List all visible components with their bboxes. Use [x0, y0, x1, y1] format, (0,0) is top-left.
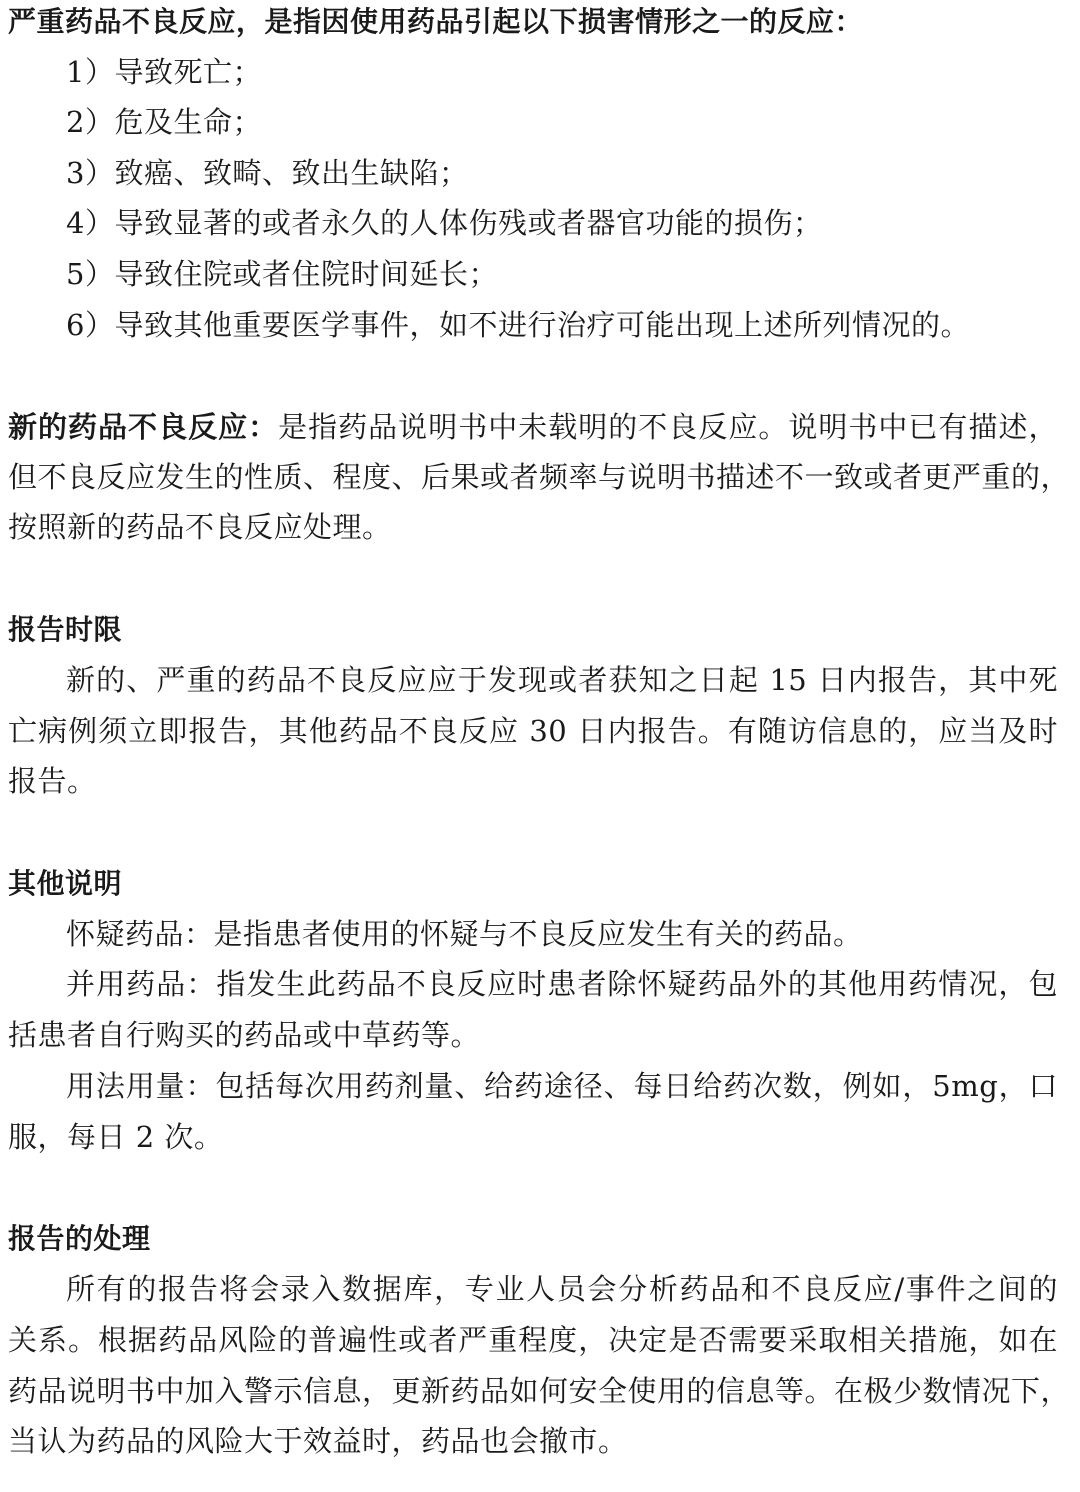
serious-adr-item: 1）导致死亡； — [66, 52, 262, 92]
new-adr-paragraph-line: 新的药品不良反应：是指药品说明书中未载明的不良反应。说明书中已有描述， — [8, 407, 1058, 447]
new-adr-term: 新的药品不良反应： — [8, 410, 278, 444]
other-notes-line: 括患者自行购买的药品或中草药等。 — [8, 1015, 480, 1055]
other-notes-heading: 其他说明 — [8, 864, 122, 904]
report-processing-line: 所有的报告将会录入数据库，专业人员会分析药品和不良反应/事件之间的 — [66, 1269, 1058, 1309]
other-notes-line: 用法用量：包括每次用药剂量、给药途径、每日给药次数，例如，5mg，口 — [66, 1066, 1058, 1106]
serious-adr-item: 2）危及生命； — [66, 102, 262, 142]
other-notes-line: 并用药品：指发生此药品不良反应时患者除怀疑药品外的其他用药情况，包 — [66, 964, 1058, 1004]
other-notes-line: 服，每日 2 次。 — [8, 1117, 223, 1157]
other-notes-line: 怀疑药品：是指患者使用的怀疑与不良反应发生有关的药品。 — [66, 914, 863, 954]
serious-adr-item: 6）导致其他重要医学事件，如不进行治疗可能出现上述所列情况的。 — [66, 305, 970, 345]
reporting-deadline-heading: 报告时限 — [8, 610, 122, 650]
report-processing-heading: 报告的处理 — [8, 1219, 151, 1259]
new-adr-paragraph-line: 但不良反应发生的性质、程度、后果或者频率与说明书描述不一致或者更严重的， — [8, 457, 1058, 497]
serious-adr-item: 4）导致显著的或者永久的人体伤残或者器官功能的损伤； — [66, 203, 822, 243]
reporting-deadline-line: 亡病例须立即报告，其他药品不良反应 30 日内报告。有随访信息的，应当及时 — [8, 711, 1058, 751]
report-processing-line: 药品说明书中加入警示信息，更新药品如何安全使用的信息等。在极少数情况下， — [8, 1371, 1058, 1411]
serious-adr-item: 5）导致住院或者住院时间延长； — [66, 254, 498, 294]
reporting-deadline-line: 报告。 — [8, 761, 97, 801]
new-adr-paragraph-line: 按照新的药品不良反应处理。 — [8, 507, 392, 547]
report-processing-line: 当认为药品的风险大于效益时，药品也会撤市。 — [8, 1421, 628, 1461]
new-adr-text: 是指药品说明书中未载明的不良反应。说明书中已有描述， — [278, 410, 1058, 444]
reporting-deadline-line: 新的、严重的药品不良反应应于发现或者获知之日起 15 日内报告，其中死 — [66, 660, 1058, 700]
report-processing-line: 关系。根据药品风险的普遍性或者严重程度，决定是否需要采取相关措施，如在 — [8, 1320, 1058, 1360]
serious-adr-heading: 严重药品不良反应，是指因使用药品引起以下损害情形之一的反应： — [8, 2, 863, 42]
serious-adr-item: 3）致癌、致畸、致出生缺陷； — [66, 153, 468, 193]
